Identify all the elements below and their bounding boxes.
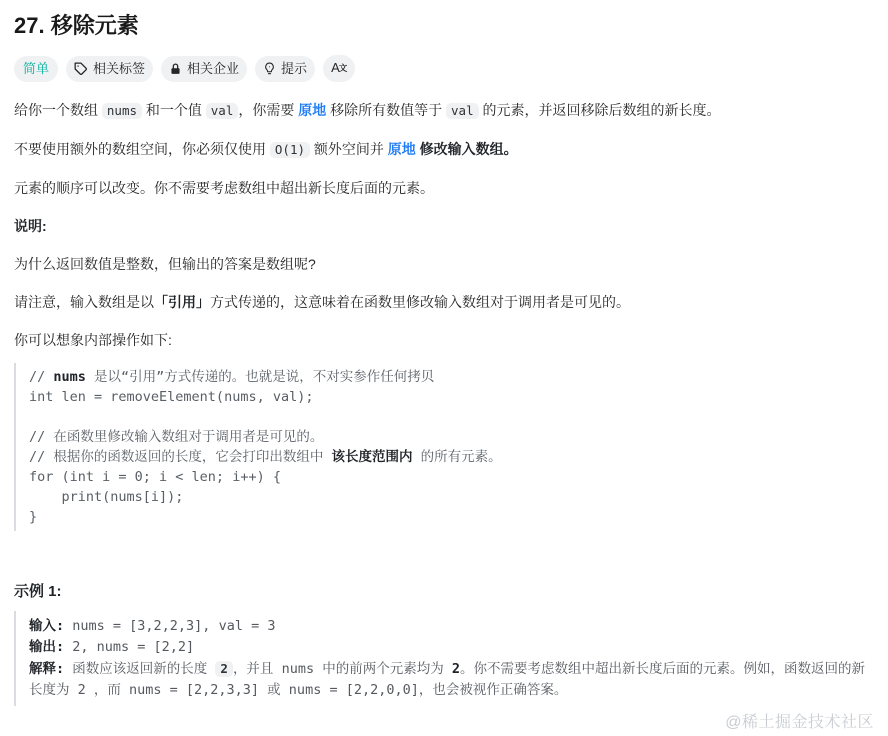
description-paragraph-3: 元素的顺序可以改变。你不需要考虑数组中超出新长度后面的元素。 (14, 177, 874, 199)
notes-question-1: 为什么返回数值是整数，但输出的答案是数组呢? (14, 253, 874, 275)
problem-page: 27. 移除元素 简单 相关标签 相关企业 (0, 0, 888, 706)
inline-link[interactable]: 原地 (388, 141, 416, 157)
inline-bold: 该长度范围内 (332, 449, 413, 465)
code-line: // nums 是以“引用”方式传递的。也就是说，不对实参作任何拷贝 (29, 367, 874, 387)
badge-row: 简单 相关标签 相关企业 (14, 55, 874, 82)
inline-link[interactable]: 原地 (298, 102, 326, 118)
example-1-block: 输入: nums = [3,2,2,3], val = 3 输出: 2, num… (14, 611, 874, 706)
inline-bold: 输入: (29, 618, 64, 634)
code-line: // 在函数里修改输入数组对于调用者是可见的。 (29, 427, 874, 447)
related-tags-label: 相关标签 (93, 60, 145, 78)
notes-question-2: 请注意，输入数组是以「引用」方式传递的，这意味着在函数里修改输入数组对于调用者是… (14, 291, 874, 313)
code-line: // 根据你的函数返回的长度，它会打印出数组中 该长度范围内 的所有元素。 (29, 447, 874, 467)
example-explanation-line: 解释: 函数应该返回新的长度 2，并且 nums 中的前两个元素均为 2。你不需… (29, 658, 874, 701)
inline-code: 2 (215, 661, 233, 677)
code-line: } (29, 507, 874, 527)
example-output-line: 输出: 2, nums = [2,2] (29, 637, 874, 658)
inline-bold: 输出: (29, 639, 64, 655)
translate-icon: A文 (331, 59, 347, 78)
inline-bold: 解释: (29, 661, 64, 677)
translate-button[interactable]: A文 (323, 55, 355, 82)
related-companies-label: 相关企业 (187, 60, 239, 78)
description-paragraph-2: 不要使用额外的数组空间，你必须仅使用 O(1) 额外空间并 原地 修改输入数组。 (14, 138, 874, 161)
lightbulb-icon (263, 61, 276, 76)
inline-bold: nums (53, 369, 86, 385)
inline-code: nums (102, 103, 142, 119)
inline-bold: 2 (452, 661, 460, 677)
inline-code: val (446, 103, 479, 119)
description-paragraph-1: 给你一个数组 nums 和一个值 val，你需要 原地 移除所有数值等于 val… (14, 99, 874, 122)
notes-heading: 说明: (14, 215, 874, 237)
related-companies-button[interactable]: 相关企业 (161, 56, 247, 82)
pseudo-code-block: // nums 是以“引用”方式传递的。也就是说，不对实参作任何拷贝 int l… (14, 363, 874, 531)
watermark: @稀土掘金技术社区 (725, 709, 874, 732)
code-line (29, 407, 874, 427)
page-title: 27. 移除元素 (14, 13, 874, 39)
example-1-heading: 示例 1: (14, 581, 874, 603)
inline-code: val (206, 103, 239, 119)
inline-bold: 修改输入数组。 (420, 141, 518, 157)
inline-bold: 「引用」 (154, 294, 210, 310)
hint-label: 提示 (281, 60, 307, 78)
lock-icon (169, 62, 182, 76)
hint-button[interactable]: 提示 (255, 56, 315, 82)
example-input-line: 输入: nums = [3,2,2,3], val = 3 (29, 616, 874, 637)
code-line: print(nums[i]); (29, 487, 874, 507)
code-line: for (int i = 0; i < len; i++) { (29, 467, 874, 487)
difficulty-badge[interactable]: 简单 (14, 56, 58, 82)
code-line: int len = removeElement(nums, val); (29, 387, 874, 407)
related-tags-button[interactable]: 相关标签 (66, 56, 153, 82)
inline-code: O(1) (270, 142, 310, 158)
notes-question-3: 你可以想象内部操作如下: (14, 329, 874, 351)
tag-icon (74, 62, 88, 76)
